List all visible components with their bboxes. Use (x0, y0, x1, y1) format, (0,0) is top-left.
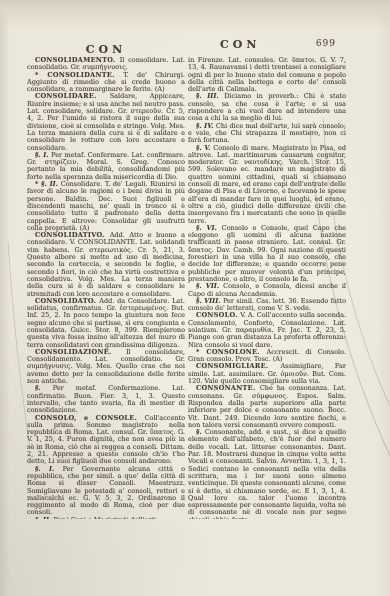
dictionary-entry: * §. II.Consolidare. T. de' Legali. Riun… (27, 181, 185, 232)
right-column-text: in Firenze. Lat. consules. Gr. ὕπατοι. G… (188, 57, 346, 519)
entry-body: Coll'accento sulla prima. Sommo magistra… (27, 414, 185, 466)
dictionary-entry: in Firenze. Lat. consules. Gr. ὕπατοι. G… (188, 57, 346, 93)
dictionary-entry: CONSOLO.V. A. Coll'accento sulla seconda… (188, 312, 346, 348)
entry-body: Per metaf. Confermare. Lat. confirmare. … (27, 151, 185, 181)
entry-body: Consolo di mare. Magistrato in Pisa, ed … (188, 144, 346, 225)
dictionary-entry: CONSOLIDAZIONE.Il consolidare, Consolida… (27, 349, 185, 385)
left-column: CON CONSOLIDAMENTO.Il consolidare. Lat. … (27, 38, 185, 519)
dictionary-entry: CONSOLIDARE.Saldare, Appiccare, Riunire … (27, 93, 185, 151)
dictionary-entry: CONSOLIDATIVO.Add. Atto e buono a consol… (27, 232, 185, 298)
dictionary-entry: CONSONANTE.Che ha consonanza. Lat. conso… (188, 385, 346, 429)
entry-body: Per Governante alcuna città o repubblica… (27, 465, 185, 517)
entry-body: Che ha consonanza. Lat. consonans. Gr. σ… (188, 384, 346, 428)
entry-body: in Firenze. Lat. consules. Gr. ὕπατοι. G… (188, 57, 346, 93)
entry-body: Consolo e Console, quel Capo che eleggon… (188, 224, 346, 283)
dictionary-entry: §. III.Diciamo in proverb.: Chi è stato … (188, 93, 346, 122)
dictionary-entry: * CONSOLIDANTE.T. de' Chirurgi. Aggiunto… (27, 72, 185, 94)
dictionary-entry: §. VI.Consolo e Console, quel Capo che e… (188, 225, 346, 283)
right-column: CON 699 in Firenze. Lat. consules. Gr. ὕ… (188, 38, 346, 519)
dictionary-entry: CONSOLO, e CONSOLE.Coll'accento sulla pr… (27, 415, 185, 466)
dictionary-entry: §.Per metaf. Confermazione. Lat. confirm… (27, 385, 185, 414)
entry-body: Consonante, add. e sust., si dice a quel… (188, 428, 346, 519)
left-column-text: CONSOLIDAMENTO.Il consolidare. Lat. cons… (27, 57, 185, 519)
running-head-left: CON (86, 43, 126, 56)
dictionary-entry: CONSOLIDATO.Add. da Consolidare. Lat. so… (27, 298, 185, 349)
dictionary-entry: CONSOLIDAMENTO.Il consolidare. Lat. cons… (27, 57, 185, 72)
entry-body: Consolidare. T. de' Legali. Riunirsi in … (27, 180, 185, 232)
dictionary-entry: §. I.Per metaf. Confermare. Lat. confirm… (27, 152, 185, 181)
book-page: CON CONSOLIDAMENTO.Il consolidare. Lat. … (0, 0, 390, 596)
running-head-right: CON (220, 38, 260, 51)
page-number: 699 (316, 39, 336, 49)
dictionary-entry: CONSOMIGLIARE.Assimigliare, Far simile. … (188, 363, 346, 385)
dictionary-entry: §. VII.Consolo, e Consola, dicesi anche … (188, 283, 346, 298)
entry-body: Add. da Consolidare. Lat. solidatus, con… (27, 297, 185, 349)
entry-headword: §. II. (35, 516, 54, 519)
left-column-header: CON (27, 38, 185, 53)
dictionary-entry: §. V.Consolo di mare. Magistrato in Pisa… (188, 145, 346, 225)
right-column-header: CON 699 (188, 38, 346, 53)
dictionary-entry: §. II.Per i Capi e Magistrati dell'arti (27, 517, 185, 519)
entry-body: Saldare, Appiccare, Riunire insieme; e s… (27, 92, 185, 151)
entry-body: Add. Atto e buono a consolidare. V. CONS… (27, 231, 185, 297)
dictionary-entry: §.Consonante, add. e sust., si dice a qu… (188, 429, 346, 519)
entry-body: Per i Capi e Magistrati dell'arti (54, 516, 156, 519)
dictionary-entry: §. IV.Chi dice mal dell'arte, lui sarà c… (188, 123, 346, 145)
dictionary-entry: §. I.Per Governante alcuna città o repub… (27, 466, 185, 517)
